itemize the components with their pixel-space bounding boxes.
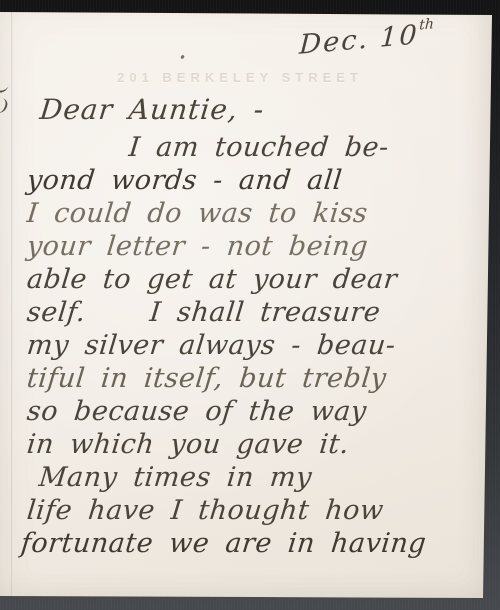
date-text: Dec. 10 [299, 20, 420, 61]
letter-line: Many times in my [25, 461, 490, 494]
letter-line: so because of the way [25, 395, 490, 428]
letter-line: tiful in itself, but trebly [25, 362, 490, 395]
letter-line: able to get at your dear [25, 263, 490, 296]
letter-line: I am touched be- [25, 131, 490, 164]
salutation: Dear Auntie, - [38, 93, 266, 126]
letter-line: self. I shall treasure [25, 296, 490, 329]
page-fold-line [11, 12, 14, 598]
letter-line: your letter - not being [25, 230, 490, 263]
stray-ink-mark [0, 97, 9, 115]
letter-line: life have I thought how [25, 494, 490, 527]
letter-line: in which you gave it. [25, 428, 490, 461]
letter-line: yond words - and all [25, 164, 490, 197]
date-line: Dec. 10th [299, 16, 435, 60]
date-superscript: th [419, 16, 435, 33]
letter-body: I am touched be- yond words - and all I … [27, 131, 489, 560]
letter-page: 201 BERKELEY STREET Dec. 10th Dear Aunti… [0, 0, 500, 610]
stray-ink-mark [0, 83, 9, 94]
scan-mount-background: 201 BERKELEY STREET Dec. 10th Dear Aunti… [0, 0, 500, 610]
embossed-letterhead: 201 BERKELEY STREET [60, 70, 420, 85]
letter-line: fortunate we are in having [19, 527, 490, 560]
letter-line: I could do was to kiss [25, 197, 490, 230]
ink-speck [180, 55, 185, 60]
letter-line: my silver always - beau- [25, 329, 490, 362]
